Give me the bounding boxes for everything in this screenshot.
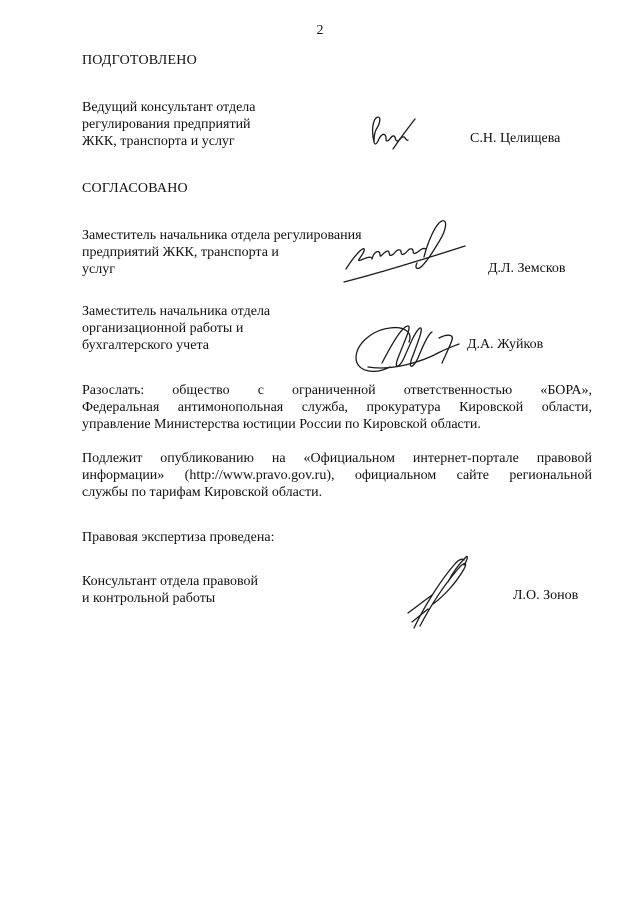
signatory-name-zonov: Л.О. Зонов: [513, 587, 578, 604]
signature-zhuykov-icon: [352, 322, 464, 377]
distribution-paragraph: Разослать: общество с ограниченной ответ…: [82, 382, 592, 433]
signature-zemskov-icon: [340, 217, 468, 285]
prepared-heading: ПОДГОТОВЛЕНО: [82, 52, 197, 69]
signature-tselishcheva-icon: [364, 112, 424, 152]
signature-zonov-icon: [402, 551, 482, 631]
signatory-title-zonov: Консультант отдела правовой и контрольно…: [82, 573, 412, 607]
publication-line: информации» (http://www.pravo.gov.ru), о…: [82, 467, 592, 484]
legal-review-line: Правовая экспертиза проведена:: [82, 529, 274, 546]
agreed-heading: СОГЛАСОВАНО: [82, 180, 188, 197]
signatory-title-tselishcheva: Ведущий консультант отдела регулирования…: [82, 99, 412, 150]
distribution-line: Федеральная антимонопольная служба, прок…: [82, 399, 592, 416]
publication-paragraph: Подлежит опубликованию на «Официальном и…: [82, 450, 592, 501]
distribution-line: Разослать: общество с ограниченной ответ…: [82, 382, 592, 399]
page-number: 2: [0, 22, 640, 39]
distribution-line: управление Министерства юстиции России п…: [82, 416, 592, 433]
signatory-name-tselishcheva: С.Н. Целищева: [470, 130, 560, 147]
publication-line: службы по тарифам Кировской области.: [82, 484, 592, 501]
document-page: 2 ПОДГОТОВЛЕНО Ведущий консультант отдел…: [0, 0, 640, 905]
signatory-name-zemskov: Д.Л. Земсков: [488, 260, 566, 277]
publication-line: Подлежит опубликованию на «Официальном и…: [82, 450, 592, 467]
signatory-name-zhuykov: Д.А. Жуйков: [467, 336, 543, 353]
